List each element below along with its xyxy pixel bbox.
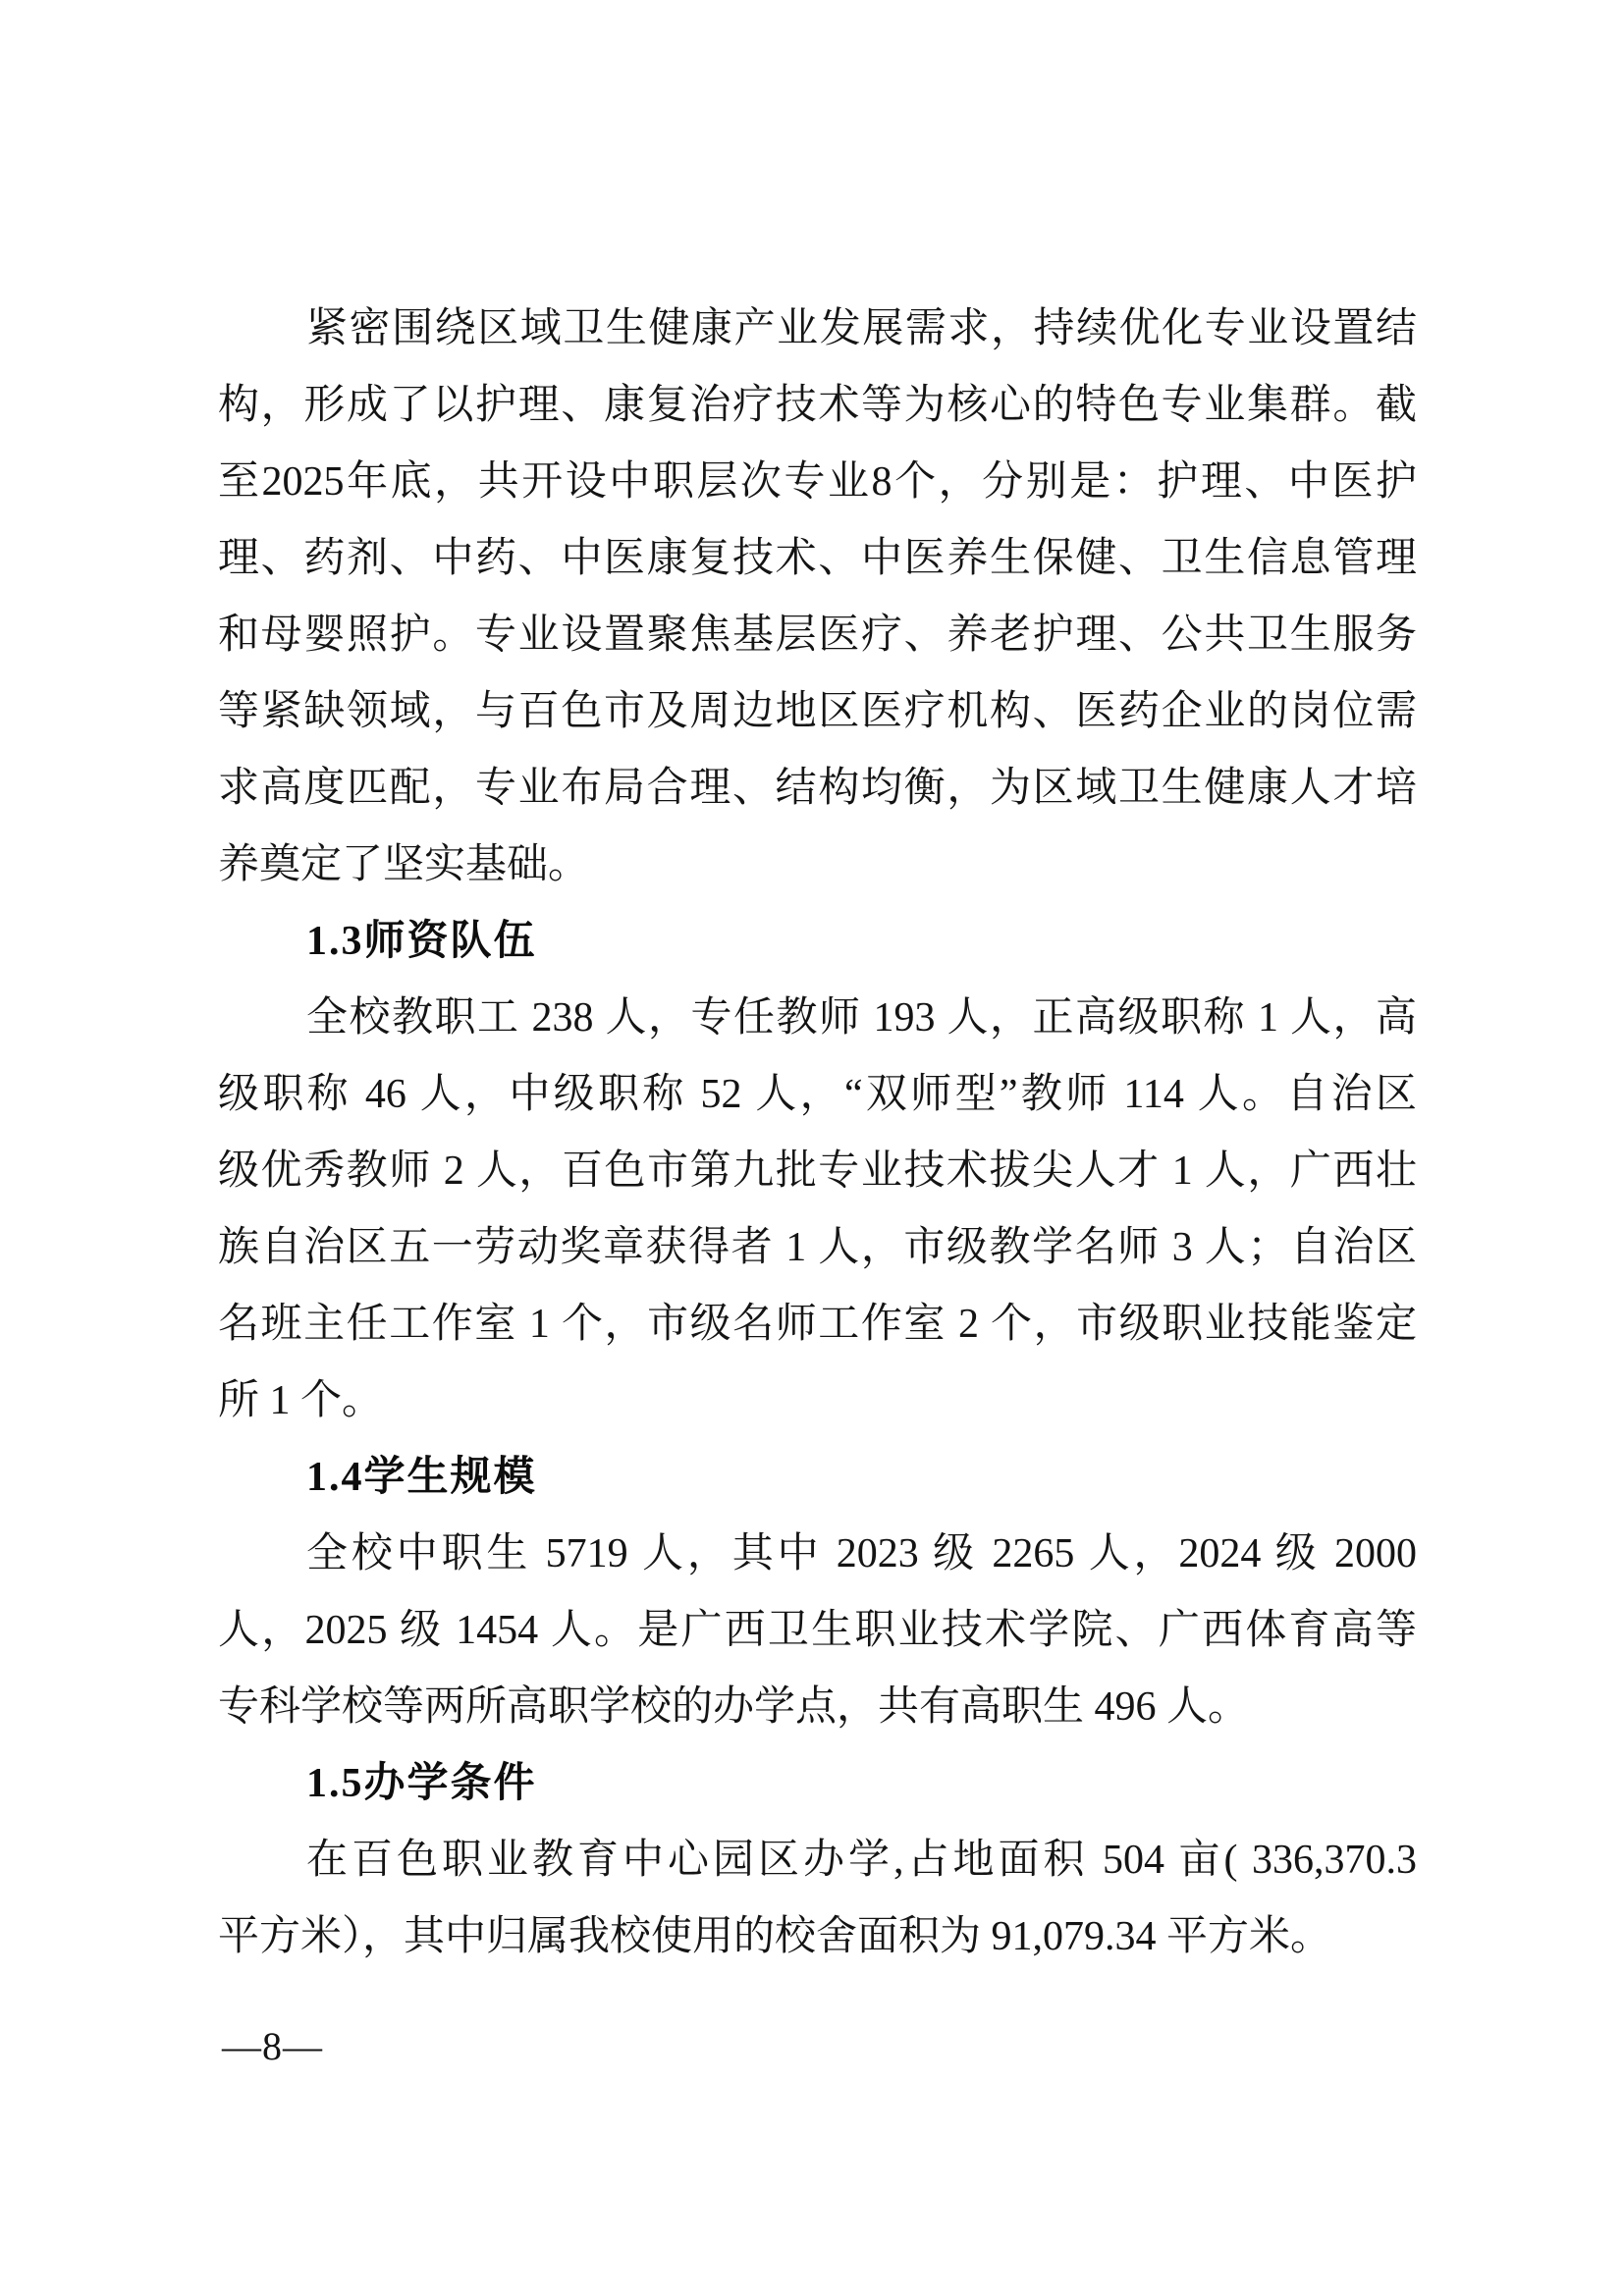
paragraph-line: 至2025年底，共开设中职层次专业8个，分别是：护理、中医护 (218, 444, 1417, 520)
paragraph-line: 人，2025 级 1454 人。是广西卫生职业技术学院、广西体育高等 (218, 1592, 1417, 1669)
paragraph-line: 理、药剂、中药、中医康复技术、中医养生保健、卫生信息管理 (218, 520, 1417, 597)
paragraph-line: 求高度匹配，专业布局合理、结构均衡，为区域卫生健康人才培 (218, 750, 1417, 827)
section-heading: 1.5办学条件 (218, 1745, 1417, 1822)
paragraph-line: 族自治区五一劳动奖章获得者 1 人，市级教学名师 3 人；自治区 (218, 1209, 1417, 1286)
paragraph-line: 全校中职生 5719 人，其中 2023 级 2265 人，2024 级 200… (218, 1516, 1417, 1592)
document-page: 紧密围绕区域卫生健康产业发展需求，持续优化专业设置结构，形成了以护理、康复治疗技… (0, 0, 1623, 2296)
paragraph-line: 和母婴照护。专业设置聚焦基层医疗、养老护理、公共卫生服务 (218, 597, 1417, 673)
paragraph-line: 级职称 46 人，中级职称 52 人，“双师型”教师 114 人。自治区 (218, 1056, 1417, 1133)
paragraph-line: 平方米），其中归属我校使用的校舍面积为 91,079.34 平方米。 (218, 1898, 1417, 1975)
section-heading: 1.3师资队伍 (218, 903, 1417, 980)
paragraph-line: 全校教职工 238 人，专任教师 193 人，正高级职称 1 人，高 (218, 980, 1417, 1056)
page-number: —8— (222, 2024, 323, 2069)
paragraph-line: 在百色职业教育中心园区办学,占地面积 504 亩( 336,370.3 (218, 1822, 1417, 1898)
paragraph-line: 专科学校等两所高职学校的办学点，共有高职生 496 人。 (218, 1669, 1417, 1745)
paragraph-line: 等紧缺领域，与百色市及周边地区医疗机构、医药企业的岗位需 (218, 673, 1417, 750)
paragraph-line: 级优秀教师 2 人，百色市第九批专业技术拔尖人才 1 人，广西壮 (218, 1133, 1417, 1209)
paragraph-line: 名班主任工作室 1 个，市级名师工作室 2 个，市级职业技能鉴定 (218, 1286, 1417, 1362)
paragraph-line: 所 1 个。 (218, 1362, 1417, 1439)
paragraph-line: 构，形成了以护理、康复治疗技术等为核心的特色专业集群。截 (218, 367, 1417, 444)
paragraph-line: 紧密围绕区域卫生健康产业发展需求，持续优化专业设置结 (218, 291, 1417, 367)
section-heading: 1.4学生规模 (218, 1439, 1417, 1516)
paragraph-line: 养奠定了坚实基础。 (218, 827, 1417, 903)
document-body: 紧密围绕区域卫生健康产业发展需求，持续优化专业设置结构，形成了以护理、康复治疗技… (218, 291, 1417, 1975)
